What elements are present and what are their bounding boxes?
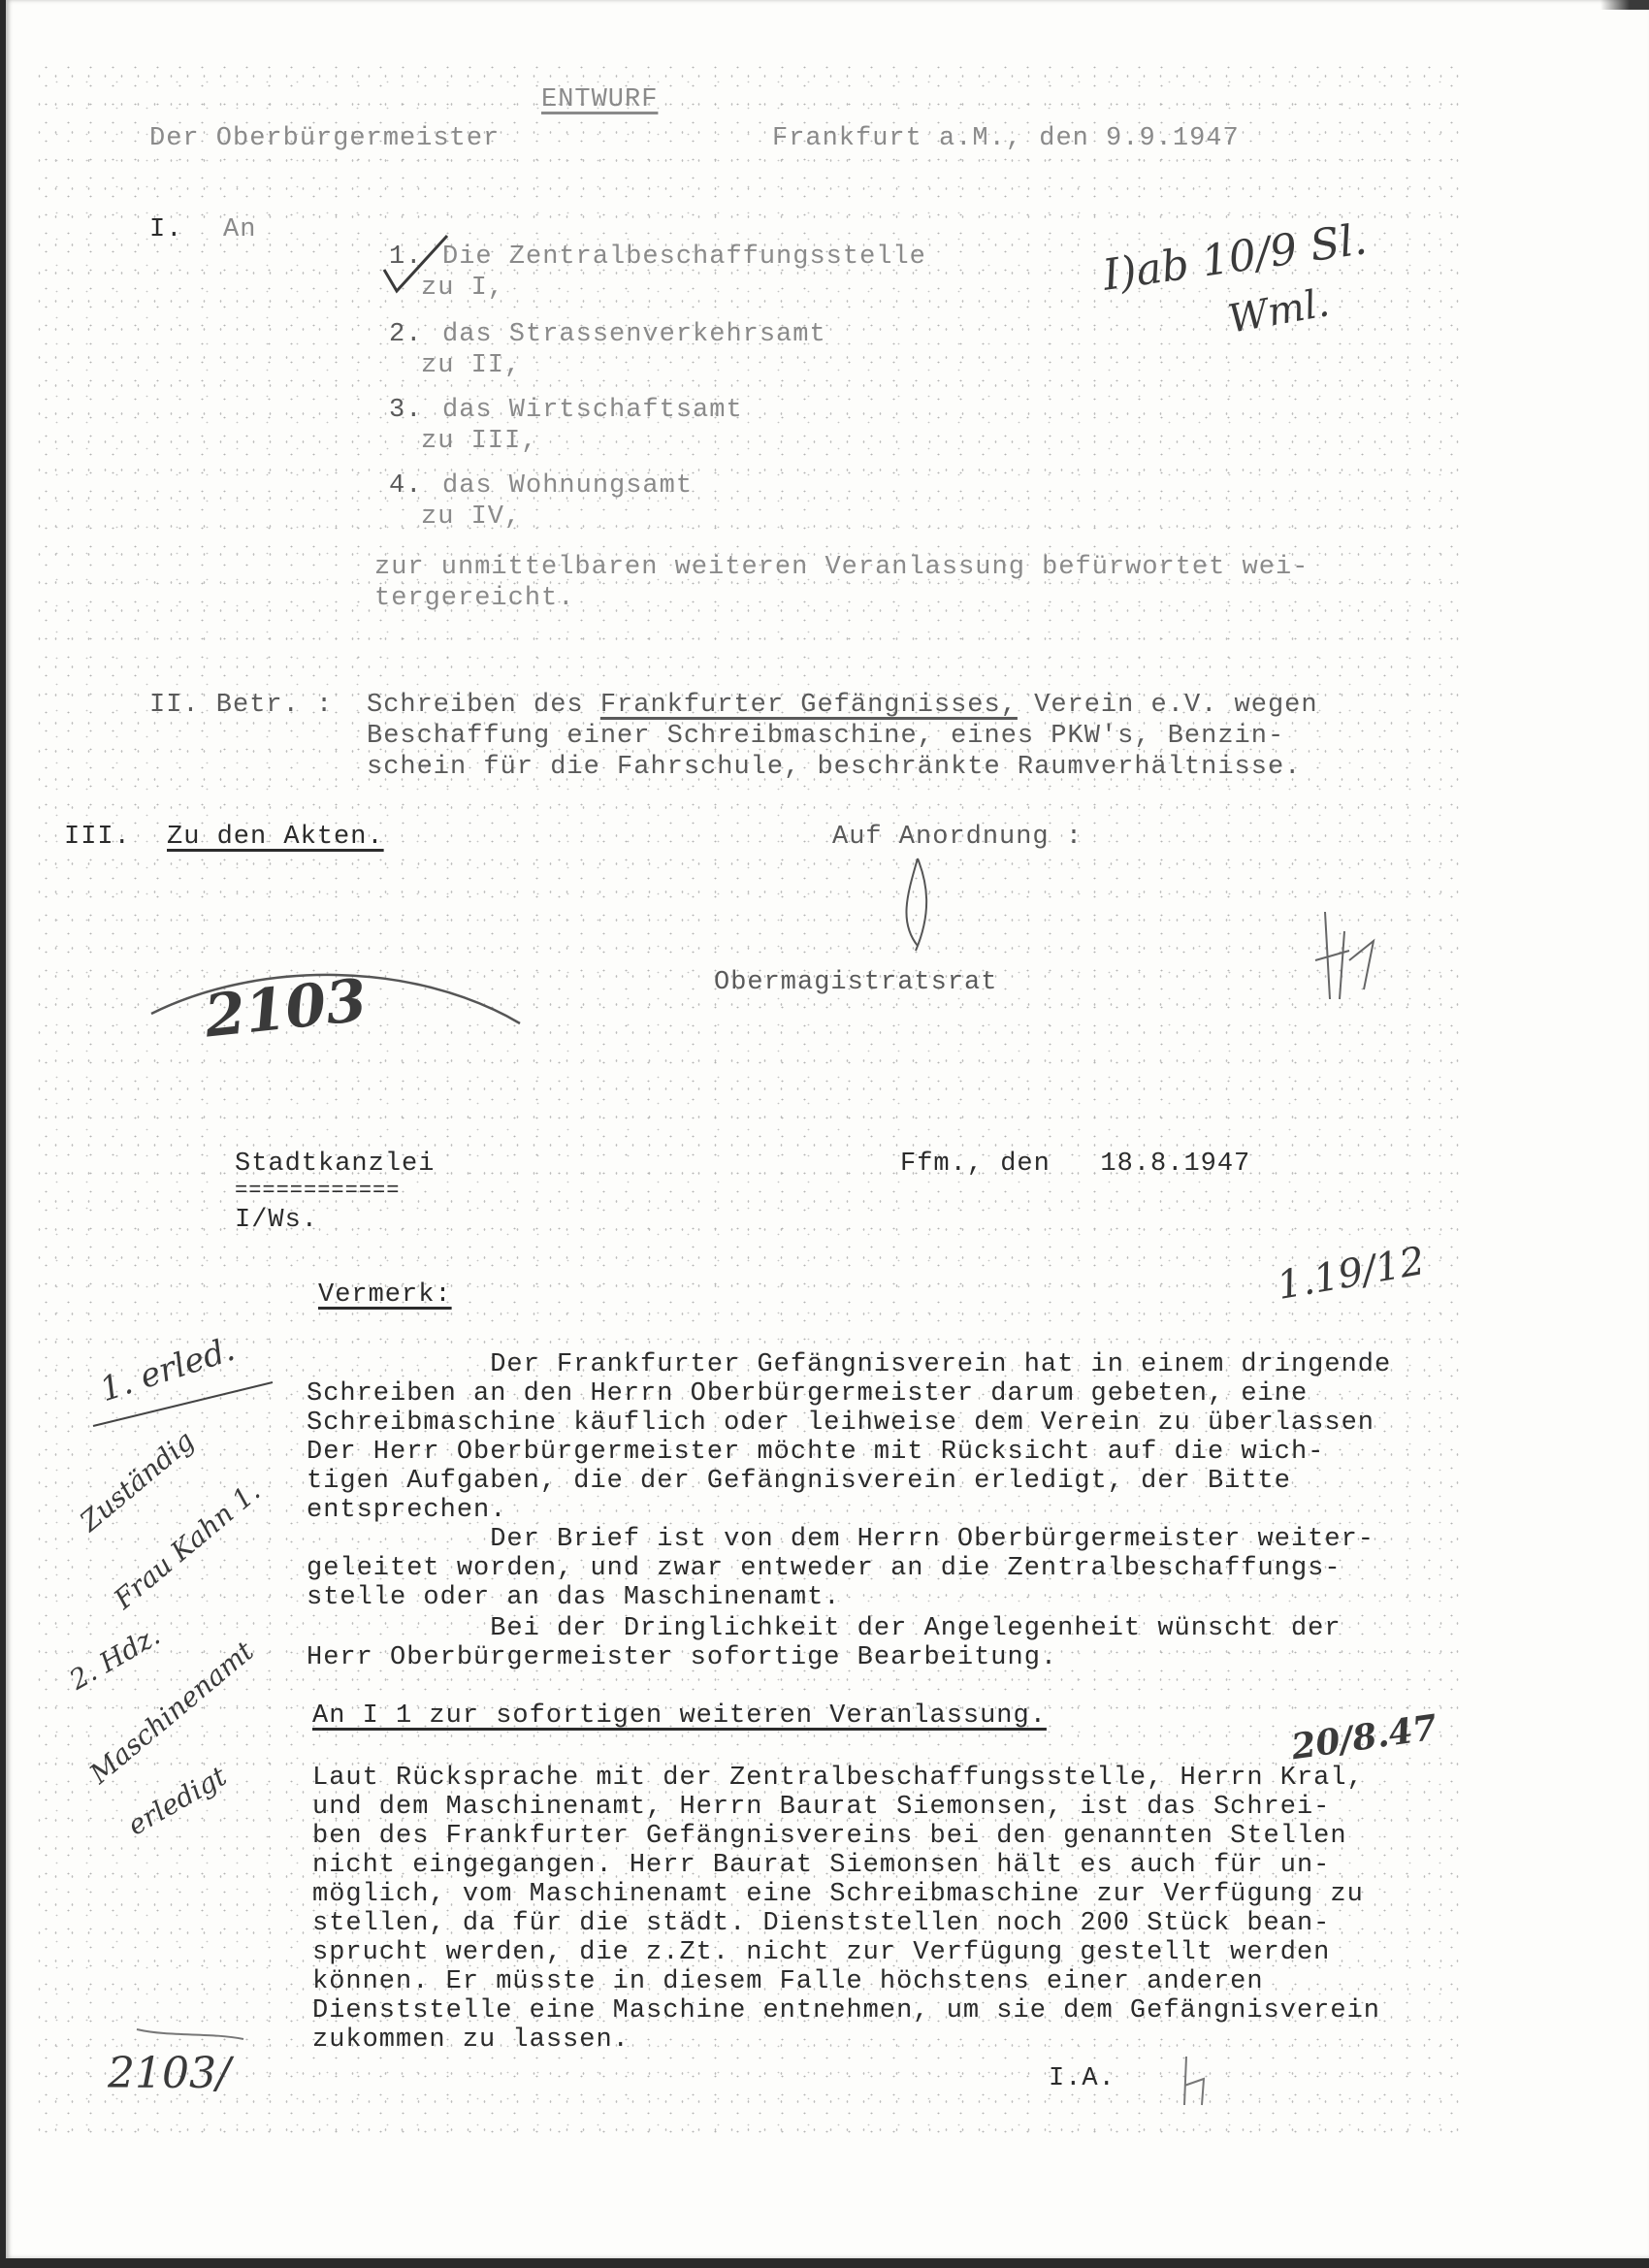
memo-heading: Vermerk: — [318, 1280, 452, 1310]
text-line: ben des Frankfurter Gefängnisvereins bei… — [312, 1822, 1347, 1851]
margin-stroke — [132, 2018, 248, 2047]
draft-place-date: Frankfurt a.M., den 9.9.1947 — [772, 124, 1240, 153]
text-line: möglich, vom Maschinenamt eine Schreibma… — [312, 1880, 1364, 1909]
text-line: Laut Rücksprache mit der Zentralbeschaff… — [312, 1764, 1364, 1793]
forwarding-text-line1: zur unmittelbaren weiteren Veranlassung … — [374, 553, 1309, 582]
text-line: sprucht werden, die z.Zt. nicht zur Verf… — [312, 1938, 1330, 1967]
text-line: tigen Aufgaben, die der Gefängnisverein … — [307, 1467, 1291, 1496]
text-line: Der Frankfurter Gefängnisverein hat in e… — [307, 1350, 1391, 1379]
text-line: Bei der Dringlichkeit der Angelegenheit … — [307, 1614, 1342, 1643]
memo-place-date: Ffm., den 18.8.1947 — [900, 1150, 1250, 1179]
subject-line-1: Schreiben des Frankfurter Gefängnisses, … — [367, 691, 1318, 720]
memo-instruction: An I 1 zur sofortigen weiteren Veranlass… — [312, 1701, 1047, 1731]
order-label: Auf Anordnung : — [832, 823, 1083, 852]
recipient-number: 2. — [389, 320, 422, 349]
recipient-number: 1. — [389, 243, 422, 272]
scan-edge-shadow — [1600, 0, 1649, 10]
scanned-page: ENTWURF Der Oberbürgermeister Frankfurt … — [6, 0, 1649, 2258]
recipient-name: das Wohnungsamt — [442, 471, 693, 501]
text-line: Herr Oberbürgermeister sofortige Bearbei… — [307, 1643, 1057, 1672]
section-i-to: An — [223, 215, 256, 244]
text-line: und dem Maschinenamt, Herrn Baurat Siemo… — [312, 1793, 1330, 1822]
memo-office: Stadtkanzlei — [235, 1150, 435, 1179]
text-line: Der Brief ist von dem Herrn Oberbürgerme… — [307, 1525, 1374, 1554]
section-iii-label: III. — [64, 823, 131, 852]
draft-sender: Der Oberbürgermeister — [149, 124, 500, 153]
signature-scribble — [889, 854, 947, 960]
text-line: Dienststelle eine Maschine entnehmen, um… — [312, 1996, 1380, 2025]
text-line: zukommen zu lassen. — [312, 2025, 630, 2055]
memo-closing: I.A. — [1049, 2064, 1115, 2093]
memo-office-underline: ============ — [235, 1177, 400, 1206]
recipient-name: das Strassenverkehrsamt — [442, 320, 826, 349]
recipient-ref: zu I, — [421, 274, 504, 303]
text-line: geleitet worden, und zwar entweder an di… — [307, 1554, 1342, 1583]
text-line: stelle oder an das Maschinenamt. — [307, 1583, 840, 1612]
subject-line-2: Beschaffung einer Schreibmaschine, eines… — [367, 722, 1284, 751]
recipient-ref: zu III, — [421, 427, 537, 456]
recipient-name: Die Zentralbeschaffungsstelle — [442, 243, 926, 272]
recipient-ref: zu IV, — [421, 502, 521, 532]
text-line: Schreiben an den Herrn Oberbürgermeister… — [307, 1379, 1308, 1409]
text-line: Schreibmaschine käuflich oder leihweise … — [307, 1409, 1374, 1438]
text-line: stellen, da für die städt. Dienststellen… — [312, 1909, 1330, 1938]
draft-stamp: ENTWURF — [541, 85, 658, 114]
recipient-number: 4. — [389, 471, 422, 501]
recipient-ref: zu II, — [421, 351, 521, 380]
section-i-label: I. — [149, 215, 182, 244]
text-line: nicht eingegangen. Herr Baurat Siemonsen… — [312, 1851, 1330, 1880]
section-iii-text: Zu den Akten. — [167, 823, 384, 852]
text-line: können. Er müsste in diesem Falle höchst… — [312, 1967, 1264, 1996]
text-line: entsprechen. — [307, 1496, 506, 1525]
section-ii-label: II. Betr. : — [149, 691, 333, 720]
handwritten-file-number-lower: 2103/ — [108, 2049, 231, 2098]
forwarding-text-line2: tergereicht. — [374, 584, 574, 613]
memo-reference: I/Ws. — [235, 1206, 318, 1235]
recipient-number: 3. — [389, 396, 422, 425]
subject-line-3: schein für die Fahrschule, beschränkte R… — [367, 753, 1301, 782]
signature-initials — [1306, 902, 1393, 1009]
signatory-title: Obermagistratsrat — [714, 968, 997, 997]
recipient-name: das Wirtschaftsamt — [442, 396, 743, 425]
closing-initials — [1175, 2052, 1213, 2110]
text-line: Der Herr Oberbürgermeister möchte mit Rü… — [307, 1438, 1324, 1467]
